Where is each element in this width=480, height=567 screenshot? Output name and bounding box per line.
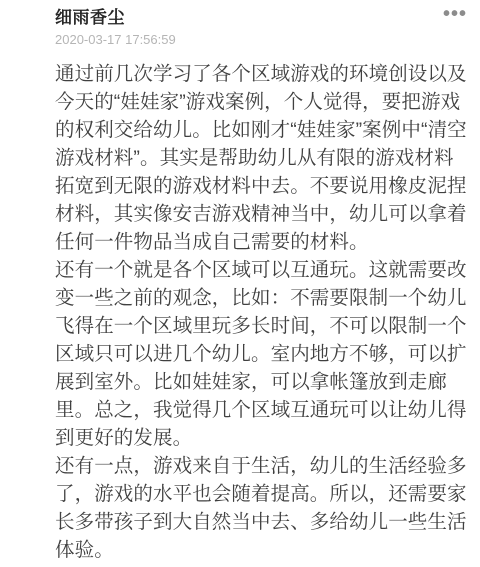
post-header: 细雨香尘 ••• 2020-03-17 17:56:59: [55, 6, 467, 47]
more-options-icon[interactable]: •••: [443, 4, 467, 24]
post-card: 细雨香尘 ••• 2020-03-17 17:56:59 通过前几次学习了各个区…: [0, 0, 480, 567]
post-timestamp: 2020-03-17 17:56:59: [55, 33, 467, 47]
post-paragraph-1: 通过前几次学习了各个区域游戏的环境创设以及今天的“娃娃家”游戏案例，个人觉得，要…: [55, 60, 467, 256]
post-paragraph-2: 还有一个就是各个区域可以互通玩。这就需要改变一些之前的观念，比如：不需要限制一个…: [55, 256, 467, 452]
post-body: 通过前几次学习了各个区域游戏的环境创设以及今天的“娃娃家”游戏案例，个人觉得，要…: [55, 60, 467, 564]
author-name[interactable]: 细雨香尘: [55, 6, 467, 29]
post-page: 细雨香尘 ••• 2020-03-17 17:56:59 通过前几次学习了各个区…: [0, 0, 480, 567]
post-paragraph-3: 还有一点，游戏来自于生活，幼儿的生活经验多了，游戏的水平也会随着提高。所以，还需…: [55, 452, 467, 564]
